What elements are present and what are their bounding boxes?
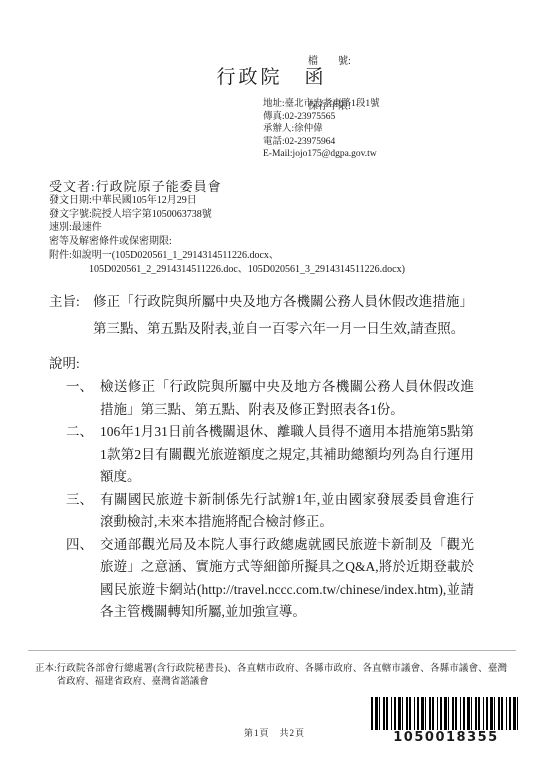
explanation-item-4: 四、 交通部觀光局及本院人事行政總處就國民旅遊卡新制及「觀光旅遊」之意涵、實施方… [66, 534, 474, 624]
barcode-block: 1050018355 [371, 697, 521, 745]
attachment-line-1: 附件:如說明一(105D020561_1_2914314511226.docx、 [49, 249, 405, 263]
subject-section: 主旨: 修正「行政院與所屬中央及地方各機關公務人員休假改進措施」第三點、第五點及… [49, 288, 473, 342]
barcode-icon [371, 697, 521, 730]
issue-date-line: 發文日期:中華民國105年12月29日 [49, 194, 405, 208]
item-text: 有關國民旅遊卡新制係先行試辦1年,並由國家發展委員會進行滾動檢討,未來本措施將配… [100, 489, 474, 534]
original-copy-recipients: 行政院各部會行總處署(含行政院秘書長)、各直轄市政府、各縣市政府、各直轄市議會、… [57, 663, 507, 688]
attachment-line-2: 105D020561_2_2914314511226.doc、105D02056… [49, 263, 405, 277]
explanation-items: 一、 檢送修正「行政院與所屬中央及地方各機關公務人員休假改進措施」第三點、第五點… [66, 376, 474, 624]
contact-person: 承辦人:徐仲偉 [263, 123, 380, 136]
item-number: 一、 [66, 376, 100, 421]
contact-email: E-Mail:jojo175@dgpa.gov.tw [263, 148, 380, 161]
explanation-label: 說明: [49, 352, 80, 372]
official-letter-page: 檔 號: 保存年限: 行政院 函 地址:臺北市忠孝東路1段1號 傳真:02-23… [0, 0, 543, 768]
original-copy-section: 正本: 行政院各部會行總處署(含行政院秘書長)、各直轄市政府、各縣市政府、各直轄… [35, 663, 507, 688]
page-number-indicator: 第1頁 共2頁 [244, 726, 305, 739]
doc-number-line: 發文字號:院授人培字第1050063738號 [49, 208, 405, 222]
contact-phone: 電話:02-23975964 [263, 136, 380, 149]
recipient-line: 受文者:行政院原子能委員會 [49, 176, 222, 195]
item-text: 交通部觀光局及本院人事行政總處就國民旅遊卡新制及「觀光旅遊」之意涵、實施方式等細… [100, 534, 474, 624]
subject-label: 主旨: [49, 288, 93, 342]
meta-block: 發文日期:中華民國105年12月29日 發文字號:院授人培字第105006373… [49, 194, 405, 276]
explanation-item-1: 一、 檢送修正「行政院與所屬中央及地方各機關公務人員休假改進措施」第三點、第五點… [66, 376, 474, 421]
item-number: 二、 [66, 421, 100, 489]
explanation-item-2: 二、 106年1月31日前各機關退休、離職人員得不適用本措施第5點第1款第2目有… [66, 421, 474, 489]
footer-divider-line [28, 650, 516, 651]
item-number: 四、 [66, 534, 100, 624]
contact-info-block: 地址:臺北市忠孝東路1段1號 傳真:02-23975565 承辦人:徐仲偉 電話… [263, 98, 380, 161]
contact-address: 地址:臺北市忠孝東路1段1號 [263, 98, 380, 111]
explanation-item-3: 三、 有關國民旅遊卡新制係先行試辦1年,並由國家發展委員會進行滾動檢討,未來本措… [66, 489, 474, 534]
contact-fax: 傳真:02-23975565 [263, 111, 380, 124]
speed-line: 速別:最速件 [49, 221, 405, 235]
barcode-number: 1050018355 [371, 730, 521, 745]
security-line: 密等及解密條件或保密期限: [49, 235, 405, 249]
original-copy-label: 正本: [35, 663, 57, 688]
item-number: 三、 [66, 489, 100, 534]
document-title: 行政院 函 [0, 62, 543, 89]
item-text: 106年1月31日前各機關退休、離職人員得不適用本措施第5點第1款第2目有關觀光… [100, 421, 474, 489]
item-text: 檢送修正「行政院與所屬中央及地方各機關公務人員休假改進措施」第三點、第五點、附表… [100, 376, 474, 421]
subject-text: 修正「行政院與所屬中央及地方各機關公務人員休假改進措施」第三點、第五點及附表,並… [93, 288, 473, 342]
